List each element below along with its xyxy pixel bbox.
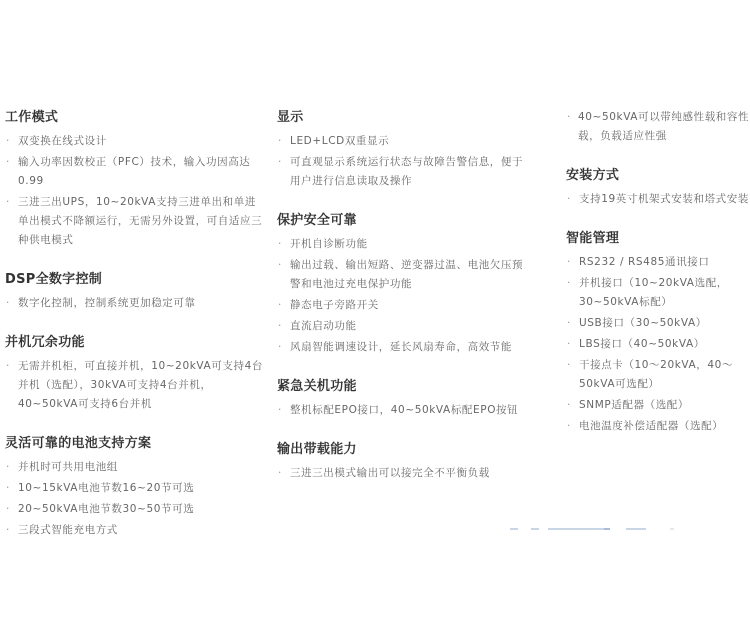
section-title: 输出带载能力	[277, 440, 527, 460]
list-item: ·直流启动功能	[277, 317, 527, 336]
list-item: ·风扇智能调速设计，延长风扇寿命，高效节能	[277, 338, 527, 357]
feature-list: ·40~50kVA可以带纯感性载和容性载，负载适应性强	[566, 108, 750, 146]
bullet-icon: ·	[278, 338, 282, 357]
decorative-line	[531, 528, 539, 530]
section-protection: 保护安全可靠 ·开机自诊断功能 ·输出过载、输出短路、逆变器过温、电池欠压预警和…	[277, 211, 527, 357]
bullet-icon: ·	[6, 500, 10, 519]
section-title: 紧急关机功能	[277, 377, 527, 397]
feature-list: ·三进三出模式输出可以接完全不平衡负载	[277, 464, 527, 483]
feature-list: ·LED+LCD双重显示 ·可直观显示系统运行状态与故障告警信息，便于用户进行信…	[277, 132, 527, 191]
list-item: ·无需并机柜，可直接并机，10~20kVA可支持4台并机（选配），30kVA可支…	[5, 357, 267, 414]
bullet-icon: ·	[6, 479, 10, 498]
feature-list: ·无需并机柜，可直接并机，10~20kVA可支持4台并机（选配），30kVA可支…	[5, 357, 267, 414]
bullet-icon: ·	[278, 296, 282, 315]
section-display: 显示 ·LED+LCD双重显示 ·可直观显示系统运行状态与故障告警信息，便于用户…	[277, 108, 527, 191]
bullet-icon: ·	[6, 357, 10, 376]
feature-list: ·双变换在线式设计 ·输入功率因数校正（PFC）技术，输入功因高达0.99 ·三…	[5, 132, 267, 250]
section-smart-management: 智能管理 ·RS232 / RS485通讯接口 ·并机接口（10~20kVA选配…	[566, 229, 750, 436]
section-installation: 安装方式 ·支持19英寸机架式安装和塔式安装	[566, 166, 750, 209]
section-title: 智能管理	[566, 229, 750, 249]
bullet-icon: ·	[278, 256, 282, 275]
decorative-line	[670, 528, 674, 530]
list-item: ·并机时可共用电池组	[5, 458, 267, 477]
decorative-line	[626, 528, 646, 530]
left-column: 工作模式 ·双变换在线式设计 ·输入功率因数校正（PFC）技术，输入功因高达0.…	[5, 108, 267, 560]
feature-list: ·数字化控制，控制系统更加稳定可靠	[5, 294, 267, 313]
list-item: ·40~50kVA可以带纯感性载和容性载，负载适应性强	[566, 108, 750, 146]
list-item: ·LED+LCD双重显示	[277, 132, 527, 151]
list-item: ·并机接口（10~20kVA选配，30~50kVA标配）	[566, 274, 750, 312]
list-item: ·三进三出UPS，10~20kVA支持三进单出和单进单出模式不降额运行，无需另外…	[5, 193, 267, 250]
bullet-icon: ·	[6, 132, 10, 151]
section-title: 安装方式	[566, 166, 750, 186]
decorative-line	[604, 528, 610, 530]
list-item: ·干接点卡（10～20kVA，40～50kVA可选配）	[566, 356, 750, 394]
section-output-load: 输出带载能力 ·三进三出模式输出可以接完全不平衡负载	[277, 440, 527, 483]
list-item: ·开机自诊断功能	[277, 235, 527, 254]
list-item: ·数字化控制，控制系统更加稳定可靠	[5, 294, 267, 313]
section-parallel-redundancy: 并机冗余功能 ·无需并机柜，可直接并机，10~20kVA可支持4台并机（选配），…	[5, 333, 267, 414]
list-item: ·USB接口（30~50kVA）	[566, 314, 750, 333]
list-item: ·电池温度补偿适配器（选配）	[566, 417, 750, 436]
bullet-icon: ·	[567, 396, 571, 415]
bullet-icon: ·	[6, 521, 10, 540]
bullet-icon: ·	[567, 314, 571, 333]
section-title: 保护安全可靠	[277, 211, 527, 231]
list-item: ·10~15kVA电池节数16~20节可选	[5, 479, 267, 498]
bullet-icon: ·	[567, 335, 571, 354]
right-column: ·40~50kVA可以带纯感性载和容性载，负载适应性强 安装方式 ·支持19英寸…	[566, 108, 750, 456]
section-title: 显示	[277, 108, 527, 128]
list-item: ·输出过载、输出短路、逆变器过温、电池欠压预警和电池过充电保护功能	[277, 256, 527, 294]
section-battery-support: 灵活可靠的电池支持方案 ·并机时可共用电池组 ·10~15kVA电池节数16~2…	[5, 434, 267, 540]
section-emergency-shutdown: 紧急关机功能 ·整机标配EPO接口，40~50kVA标配EPO按钮	[277, 377, 527, 420]
bullet-icon: ·	[6, 193, 10, 212]
bullet-icon: ·	[6, 294, 10, 313]
section-title: 并机冗余功能	[5, 333, 267, 353]
middle-column: 显示 ·LED+LCD双重显示 ·可直观显示系统运行状态与故障告警信息，便于用户…	[277, 108, 527, 503]
list-item: ·LBS接口（40~50kVA）	[566, 335, 750, 354]
feature-list: ·开机自诊断功能 ·输出过载、输出短路、逆变器过温、电池欠压预警和电池过充电保护…	[277, 235, 527, 357]
bullet-icon: ·	[567, 190, 571, 209]
decorative-line	[548, 528, 606, 530]
bullet-icon: ·	[567, 274, 571, 293]
feature-list: ·支持19英寸机架式安装和塔式安装	[566, 190, 750, 209]
bullet-icon: ·	[567, 356, 571, 375]
bullet-icon: ·	[6, 458, 10, 477]
list-item: ·三进三出模式输出可以接完全不平衡负载	[277, 464, 527, 483]
feature-list: ·RS232 / RS485通讯接口 ·并机接口（10~20kVA选配，30~5…	[566, 253, 750, 436]
section-dsp-control: DSP全数字控制 ·数字化控制，控制系统更加稳定可靠	[5, 270, 267, 313]
decorative-line	[510, 528, 518, 530]
bullet-icon: ·	[567, 417, 571, 436]
bullet-icon: ·	[6, 153, 10, 172]
list-item: ·三段式智能充电方式	[5, 521, 267, 540]
bullet-icon: ·	[278, 464, 282, 483]
list-item: ·输入功率因数校正（PFC）技术，输入功因高达0.99	[5, 153, 267, 191]
list-item: ·支持19英寸机架式安装和塔式安装	[566, 190, 750, 209]
feature-list: ·并机时可共用电池组 ·10~15kVA电池节数16~20节可选 ·20~50k…	[5, 458, 267, 540]
list-item: ·RS232 / RS485通讯接口	[566, 253, 750, 272]
section-work-mode: 工作模式 ·双变换在线式设计 ·输入功率因数校正（PFC）技术，输入功因高达0.…	[5, 108, 267, 250]
bullet-icon: ·	[278, 317, 282, 336]
list-item: ·20~50kVA电池节数30~50节可选	[5, 500, 267, 519]
list-item: ·静态电子旁路开关	[277, 296, 527, 315]
list-item: ·整机标配EPO接口，40~50kVA标配EPO按钮	[277, 401, 527, 420]
bullet-icon: ·	[278, 132, 282, 151]
section-output-load-continued: ·40~50kVA可以带纯感性载和容性载，负载适应性强	[566, 108, 750, 146]
list-item: ·可直观显示系统运行状态与故障告警信息，便于用户进行信息读取及操作	[277, 153, 527, 191]
bullet-icon: ·	[278, 153, 282, 172]
section-title: 工作模式	[5, 108, 267, 128]
section-title: DSP全数字控制	[5, 270, 267, 290]
bullet-icon: ·	[567, 253, 571, 272]
list-item: ·双变换在线式设计	[5, 132, 267, 151]
bullet-icon: ·	[278, 401, 282, 420]
bullet-icon: ·	[567, 108, 571, 127]
bullet-icon: ·	[278, 235, 282, 254]
feature-list: ·整机标配EPO接口，40~50kVA标配EPO按钮	[277, 401, 527, 420]
list-item: ·SNMP适配器（选配）	[566, 396, 750, 415]
section-title: 灵活可靠的电池支持方案	[5, 434, 267, 454]
